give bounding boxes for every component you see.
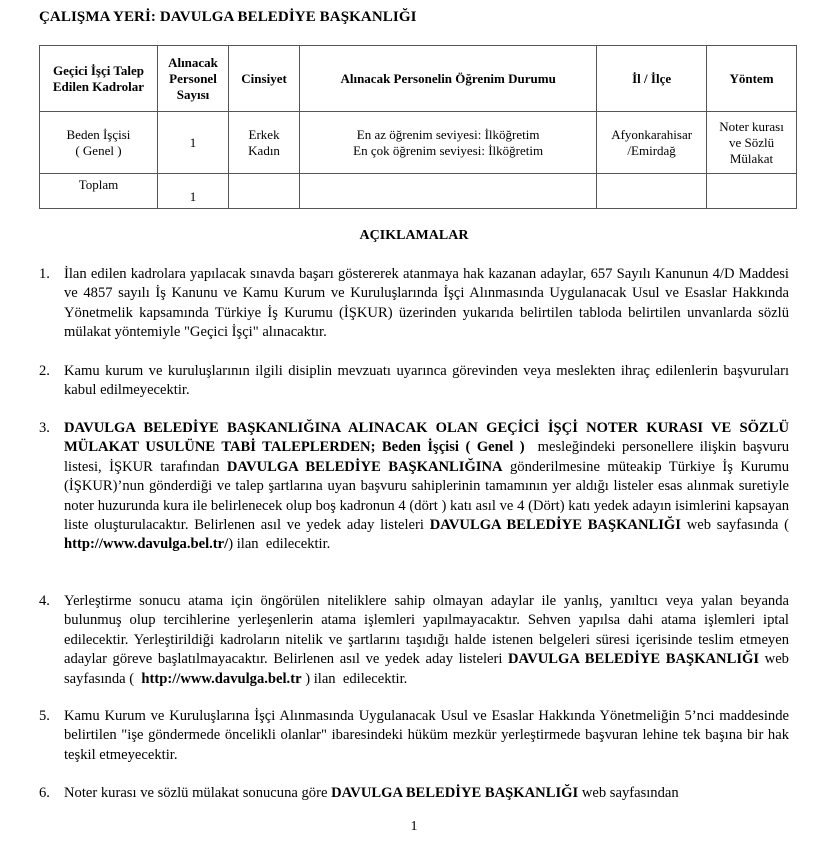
table-header-row: Geçici İşçi Talep Edilen Kadrolar Alınac…	[40, 46, 797, 112]
total-count: 1	[157, 174, 228, 209]
total-empty-cell	[300, 174, 597, 209]
text-run: web sayfasından	[578, 785, 679, 801]
list-item: 4. Yerleştirme sonucu atama için öngörül…	[39, 592, 789, 689]
table-total-row: Toplam 1	[40, 174, 797, 209]
list-item-text: Noter kurası ve sözlü mülakat sonucuna g…	[64, 784, 789, 803]
list-item: 5. Kamu Kurum ve Kuruluşlarına İşçi Alın…	[39, 707, 789, 765]
header-yontem: Yöntem	[707, 46, 797, 112]
list-item-number: 4.	[39, 592, 63, 611]
cell-ogrenim: En az öğrenim seviyesi: İlköğretim En ço…	[300, 112, 597, 174]
cell-kadro: Beden İşçisi ( Genel )	[40, 112, 158, 174]
emphasized-text: DAVULGA BELEDİYE BAŞKANLIĞI	[331, 785, 578, 801]
text-run: Kamu kurum ve kuruluşlarının ilgili disi…	[64, 363, 793, 398]
list-item-text: Kamu kurum ve kuruluşlarının ilgili disi…	[64, 362, 789, 401]
document-title: ÇALIŞMA YERİ: DAVULGA BELEDİYE BAŞKANLIĞ…	[39, 9, 417, 26]
education-max: En çok öğrenim seviyesi: İlköğretim	[302, 143, 594, 159]
section-heading-aciklamalar: AÇIKLAMALAR	[0, 228, 828, 244]
header-ogrenim-durumu: Alınacak Personelin Öğrenim Durumu	[300, 46, 597, 112]
table-row: Beden İşçisi ( Genel ) 1 Erkek Kadın En …	[40, 112, 797, 174]
list-item: 2. Kamu kurum ve kuruluşlarının ilgili d…	[39, 362, 789, 401]
emphasized-text: DAVULGA BELEDİYE BAŞKANLIĞI	[508, 651, 759, 667]
list-item-number: 1.	[39, 265, 63, 284]
method-line-3: Mülakat	[709, 151, 794, 167]
header-personel-sayisi: Alınacak Personel Sayısı	[157, 46, 228, 112]
education-min: En az öğrenim seviyesi: İlköğretim	[302, 127, 594, 143]
cell-cinsiyet: Erkek Kadın	[229, 112, 300, 174]
list-item-number: 2.	[39, 362, 63, 381]
district: /Emirdağ	[599, 143, 704, 159]
list-item-text: İlan edilen kadrolara yapılacak sınavda …	[64, 265, 789, 343]
emphasized-text: DAVULGA BELEDİYE BAŞKANLIĞINA	[227, 459, 503, 475]
method-line-1: Noter kurası	[709, 119, 794, 135]
total-empty-cell	[597, 174, 707, 209]
emphasized-text: http://www.davulga.bel.tr	[141, 671, 301, 687]
cell-sayi: 1	[157, 112, 228, 174]
method-line-2: ve Sözlü	[709, 135, 794, 151]
text-run: Kamu Kurum ve Kuruluşlarına İşçi Alınmas…	[64, 708, 793, 763]
total-empty-cell	[707, 174, 797, 209]
text-run: ) ilan edilecektir.	[228, 536, 330, 552]
emphasized-text: http://www.davulga.bel.tr/	[64, 536, 228, 552]
kadro-name: Beden İşçisi	[42, 127, 155, 143]
gender-male: Erkek	[231, 127, 297, 143]
list-item: 6. Noter kurası ve sözlü mülakat sonucun…	[39, 784, 789, 803]
text-run: Noter kurası ve sözlü mülakat sonucuna g…	[64, 785, 331, 801]
list-item-text: Kamu Kurum ve Kuruluşlarına İşçi Alınmas…	[64, 707, 789, 765]
total-empty-cell	[229, 174, 300, 209]
list-item-number: 5.	[39, 707, 63, 726]
cell-yontem: Noter kurası ve Sözlü Mülakat	[707, 112, 797, 174]
text-run: İlan edilen kadrolara yapılacak sınavda …	[64, 266, 793, 340]
page-number: 1	[0, 819, 828, 835]
gender-female: Kadın	[231, 143, 297, 159]
positions-table: Geçici İşçi Talep Edilen Kadrolar Alınac…	[39, 45, 797, 209]
text-run: web sayfasında (	[681, 517, 793, 533]
list-item: 3. DAVULGA BELEDİYE BAŞKANLIĞINA ALINACA…	[39, 419, 789, 555]
list-item-text: Yerleştirme sonucu atama için öngörülen …	[64, 592, 789, 689]
kadro-qualifier: ( Genel )	[42, 143, 155, 159]
header-cinsiyet: Cinsiyet	[229, 46, 300, 112]
total-label: Toplam	[40, 174, 158, 209]
header-il-ilce: İl / İlçe	[597, 46, 707, 112]
text-run: ) ilan edilecektir.	[302, 671, 408, 687]
list-item: 1. İlan edilen kadrolara yapılacak sınav…	[39, 265, 789, 343]
emphasized-text: DAVULGA BELEDİYE BAŞKANLIĞI	[430, 517, 681, 533]
list-item-number: 3.	[39, 419, 63, 438]
list-item-number: 6.	[39, 784, 63, 803]
cell-il-ilce: Afyonkarahisar /Emirdağ	[597, 112, 707, 174]
province: Afyonkarahisar	[599, 127, 704, 143]
header-kadrolar: Geçici İşçi Talep Edilen Kadrolar	[40, 46, 158, 112]
list-item-text: DAVULGA BELEDİYE BAŞKANLIĞINA ALINACAK O…	[64, 419, 789, 555]
